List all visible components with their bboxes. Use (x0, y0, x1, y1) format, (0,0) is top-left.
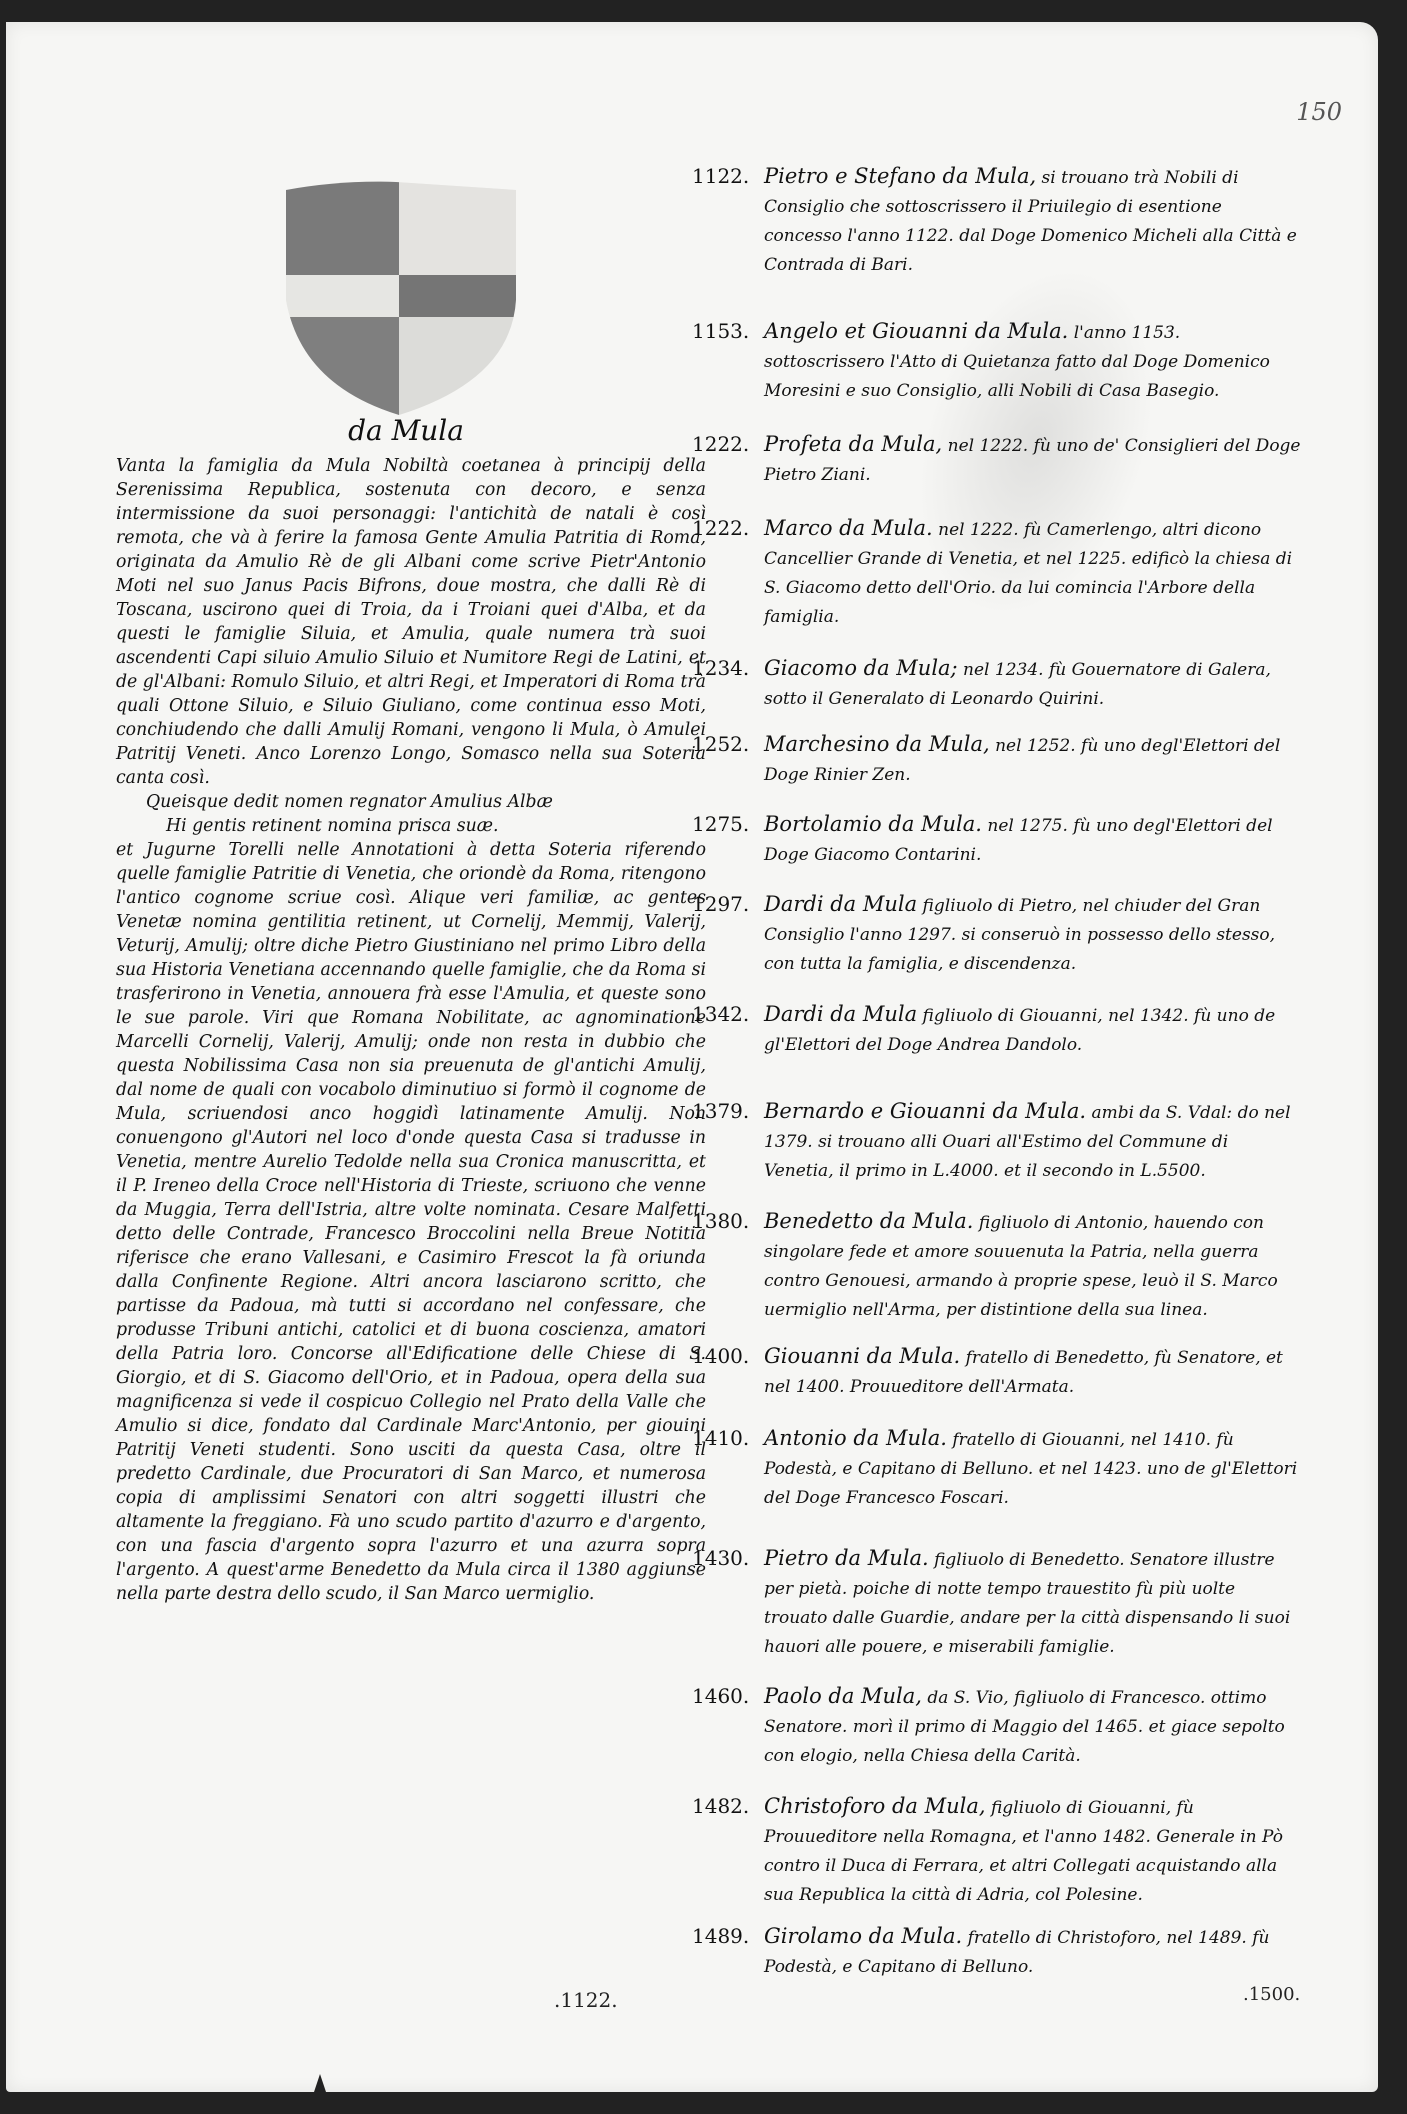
entry-name: Christoforo da Mula, (764, 1794, 986, 1818)
range-end-label: .1500. (1243, 1984, 1300, 2005)
chronology-entry: 1222. Marco da Mula. nel 1222. fù Camerl… (692, 514, 1302, 632)
narrative-paragraph-1: Vanta la famiglia da Mula Nobiltà coetan… (116, 454, 706, 790)
entry-year: 1297. (692, 890, 764, 919)
entry-year: 1252. (692, 730, 764, 759)
entry-year: 1482. (692, 1792, 764, 1821)
chronology-entry: 1380. Benedetto da Mula. figliuolo di An… (692, 1207, 1302, 1325)
entry-name: Paolo da Mula, (764, 1684, 922, 1708)
entry-year: 1222. (692, 514, 764, 543)
chronology-entry: 1489. Girolamo da Mula. fratello di Chri… (692, 1922, 1302, 1982)
entry-name: Profeta da Mula, (764, 432, 942, 456)
family-narrative: Vanta la famiglia da Mula Nobiltà coetan… (116, 454, 706, 1606)
entry-year: 1379. (692, 1097, 764, 1126)
entry-year: 1222. (692, 430, 764, 459)
folio-number: 150 (1296, 98, 1342, 126)
chronology-entry: 1222. Profeta da Mula, nel 1222. fù uno … (692, 430, 1302, 490)
narrative-paragraph-2: et Jugurne Torelli nelle Annotationi à d… (116, 838, 706, 1606)
chronology-entry: 1275. Bortolamio da Mula. nel 1275. fù u… (692, 810, 1302, 870)
coat-of-arms-icon (281, 180, 531, 420)
entry-year: 1275. (692, 810, 764, 839)
entry-name: Benedetto da Mula. (764, 1209, 973, 1233)
range-start-label: .1122. (554, 1988, 618, 2012)
entry-name: Bernardo e Giouanni da Mula. (764, 1099, 1086, 1123)
entry-name: Dardi da Mula (764, 892, 917, 916)
entry-year: 1460. (692, 1682, 764, 1711)
entry-name: Marco da Mula. (764, 516, 933, 540)
chronology-entry: 1460. Paolo da Mula, da S. Vio, figliuol… (692, 1682, 1302, 1771)
verse-line-1: Queisque dedit nomen regnator Amulius Al… (146, 792, 553, 812)
chronology-entry: 1252. Marchesino da Mula, nel 1252. fù u… (692, 730, 1302, 790)
entry-name: Angelo et Giouanni da Mula. (764, 319, 1068, 343)
chronology-entry: 1430. Pietro da Mula. figliuolo di Bened… (692, 1544, 1302, 1662)
entry-name: Giacomo da Mula; (764, 656, 958, 680)
chronology-entry: 1153. Angelo et Giouanni da Mula. l'anno… (692, 317, 1302, 406)
entry-name: Pietro da Mula. (764, 1546, 929, 1570)
chronology-entry: 1379. Bernardo e Giouanni da Mula. ambi … (692, 1097, 1302, 1186)
chronology-entry: 1400. Giouanni da Mula. fratello di Bene… (692, 1342, 1302, 1402)
entry-year: 1410. (692, 1424, 764, 1453)
verse-line-2: Hi gentis retinent nomina prisca suæ. (146, 814, 706, 838)
chronology-entry: 1234. Giacomo da Mula; nel 1234. fù Goue… (692, 654, 1302, 714)
chronology-entry: 1122. Pietro e Stefano da Mula, si troua… (692, 162, 1302, 280)
entry-name: Antonio da Mula. (764, 1426, 947, 1450)
latin-verse: Queisque dedit nomen regnator Amulius Al… (146, 790, 706, 838)
entry-year: 1153. (692, 317, 764, 346)
entry-year: 1234. (692, 654, 764, 683)
chronology-entry: 1342. Dardi da Mula figliuolo di Giouann… (692, 1000, 1302, 1060)
entry-name: Giouanni da Mula. (764, 1344, 960, 1368)
entry-name: Marchesino da Mula, (764, 732, 990, 756)
manuscript-page: 150 da Mula Vanta la famiglia da Mula No… (6, 22, 1378, 2092)
entry-name: Pietro e Stefano da Mula, (764, 164, 1036, 188)
entry-year: 1380. (692, 1207, 764, 1236)
entry-year: 1430. (692, 1544, 764, 1573)
chronology-entry: 1297. Dardi da Mula figliuolo di Pietro,… (692, 890, 1302, 979)
entry-year: 1400. (692, 1342, 764, 1371)
entry-year: 1122. (692, 162, 764, 191)
entry-name: Girolamo da Mula. (764, 1924, 962, 1948)
entry-year: 1489. (692, 1922, 764, 1951)
page-tear (306, 2074, 334, 2114)
chronology-entry: 1410. Antonio da Mula. fratello di Gioua… (692, 1424, 1302, 1513)
chronology-entry: 1482. Christoforo da Mula, figliuolo di … (692, 1792, 1302, 1910)
coat-of-arms-caption: da Mula (306, 414, 506, 447)
entry-name: Dardi da Mula (764, 1002, 917, 1026)
entry-name: Bortolamio da Mula. (764, 812, 982, 836)
entry-year: 1342. (692, 1000, 764, 1029)
